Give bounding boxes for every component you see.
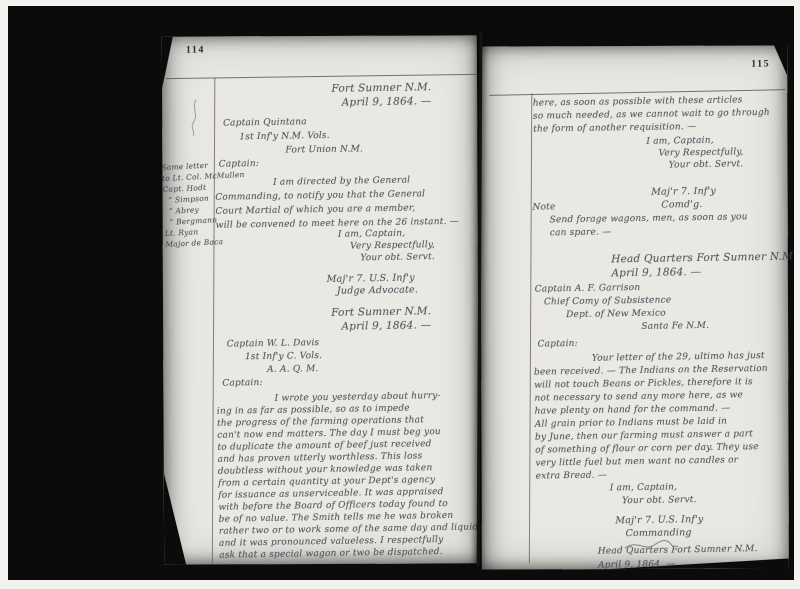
handwritten-line: Judge Advocate.: [337, 284, 418, 297]
scanned-document-page: { "left_page": { "page_number": "114", "…: [0, 0, 800, 589]
letter1-address: Captain Quintana1st Inf'y N.M. Vols.Fort…: [223, 114, 363, 158]
letter1-date: April 9, 1864. —: [342, 95, 432, 108]
letter3-closing: I am, Captain,Your obt. Servt.: [610, 481, 697, 508]
handwritten-line: Comd'g.: [661, 198, 716, 212]
continuation-closing: I am, Captain,Very Respectfully,Your obt…: [646, 134, 744, 172]
right-page-content: here, as soon as possible with these art…: [477, 44, 792, 572]
handwritten-line: Your obt. Servt.: [669, 158, 744, 171]
letter3-heading: Head Quarters Fort Sumner N.M.April 9, 1…: [611, 249, 794, 280]
letter1-place: Fort Sumner N.M.: [331, 81, 431, 95]
continuation-signature: Maj'r 7. Inf'yComd'g.: [651, 185, 716, 212]
handwritten-line: A. A. Q. M.: [267, 363, 322, 377]
continuation-body: here, as soon as possible with these art…: [533, 94, 770, 137]
letter1-closing: I am, Captain,Very Respectfully,Your obt…: [338, 227, 436, 265]
letter2-place: Fort Sumner N.M.: [331, 305, 431, 319]
letter2-address: Captain W. L. Davis1st Inf'y C. Vols.A. …: [227, 337, 323, 378]
letter3-body: Your letter of the 29, ultimo has justbe…: [534, 350, 770, 484]
letter1-signature: Maj'r 7. U.S. Inf'yJudge Advocate.: [327, 272, 419, 298]
letter2-body: I wrote you yesterday about hurry-ing in…: [217, 389, 479, 561]
microfilm-background: 114 Same letterto Lt. Col. McMullenCapt.…: [8, 6, 794, 580]
handwritten-line: Santa Fe N.M.: [641, 320, 709, 334]
handwritten-line: Your obt. Servt.: [622, 494, 697, 508]
left-page-content: Same letterto Lt. Col. McMullenCapt. Hod…: [159, 33, 483, 566]
letter1-body: I am directed by the GeneralCommanding, …: [215, 173, 459, 233]
letter1-salutation: Captain:: [219, 159, 259, 170]
letter3-address: Captain A. F. GarrisonChief Comy of Subs…: [535, 281, 710, 336]
handwritten-line: April 9, 1864. —: [598, 556, 758, 573]
letter2-salutation: Captain:: [222, 378, 262, 389]
handwritten-line: Fort Union N.M.: [285, 142, 363, 157]
note-body: Send forage wagons, men, as soon as youc…: [550, 211, 748, 240]
handwritten-line: 1st Inf'y C. Vols.: [245, 350, 322, 364]
ledger-page-right: 115 here, as soon as possible with these…: [480, 45, 789, 569]
handwritten-line: Your obt. Servt.: [360, 251, 435, 264]
letter3-footer: Head Quarters Fort Sumner N.M.April 9, 1…: [598, 542, 758, 573]
ledger-page-left: 114 Same letterto Lt. Col. McMullenCapt.…: [162, 35, 479, 564]
handwritten-line: can spare. —: [550, 224, 748, 240]
handwritten-line: Commanding: [625, 526, 703, 540]
handwritten-line: Head Quarters Fort Sumner N.M.: [611, 249, 794, 266]
letter3-signature: Maj'r 7. U.S. Inf'yCommanding: [615, 513, 704, 540]
letter2-date: April 9, 1864. —: [341, 319, 431, 332]
handwritten-line: Head Quarters Fort Sumner N.M.: [598, 542, 758, 559]
note-label: Note: [532, 202, 555, 212]
handwritten-line: Maj'r 7. Inf'y: [651, 185, 716, 199]
letter3-salutation: Captain:: [537, 339, 577, 350]
handwritten-line: April 9, 1864. —: [611, 263, 794, 280]
